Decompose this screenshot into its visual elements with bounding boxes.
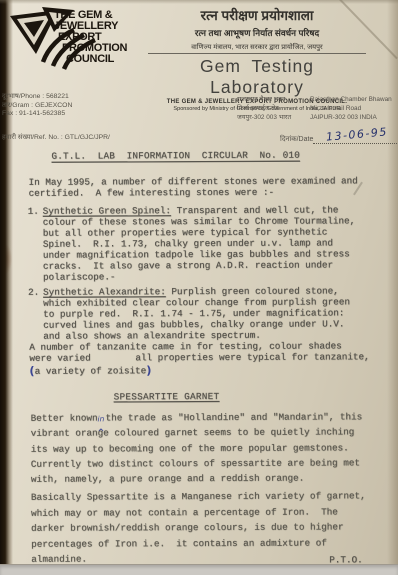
item-text: Synthetic Green Spinel: Transparent and …	[43, 204, 356, 282]
circular-title: G.T.L. LAB INFORMATION CIRCULAR No. 010	[51, 150, 300, 162]
list-item-1: 1. Synthetic Green Spinel: Transparent a…	[28, 204, 356, 282]
scanned-document-page: THE GEM & JEWELLERY EXPORT PROMOTION COU…	[0, 0, 398, 575]
spessartite-paragraph-1: Better knownin^the trade as "Hollandine"…	[31, 409, 363, 487]
section-heading: SPESSARTITE GARNET	[0, 390, 332, 402]
pto-note: P.T.O.	[329, 554, 363, 565]
list-item-2: 2. Synthetic Alexandrite: Purplish green…	[28, 285, 350, 341]
intro-paragraph: In May 1995, a number of different stone…	[29, 175, 358, 198]
handwritten-paren-close: )	[146, 363, 151, 377]
item-number: 2.	[28, 287, 43, 342]
spessartite-paragraph-2: Basically Spessartite is a Manganese ric…	[31, 488, 366, 567]
handwritten-paren-open: (	[29, 364, 34, 378]
item-text: Synthetic Alexandrite: Purplish green co…	[43, 285, 350, 341]
typed-body: G.T.L. LAB INFORMATION CIRCULAR No. 010 …	[0, 0, 398, 575]
caret-mark: ^	[98, 424, 105, 439]
item-number: 1.	[28, 206, 43, 283]
tanzanite-paragraph: A number of tanzanite came in for testin…	[29, 340, 369, 377]
